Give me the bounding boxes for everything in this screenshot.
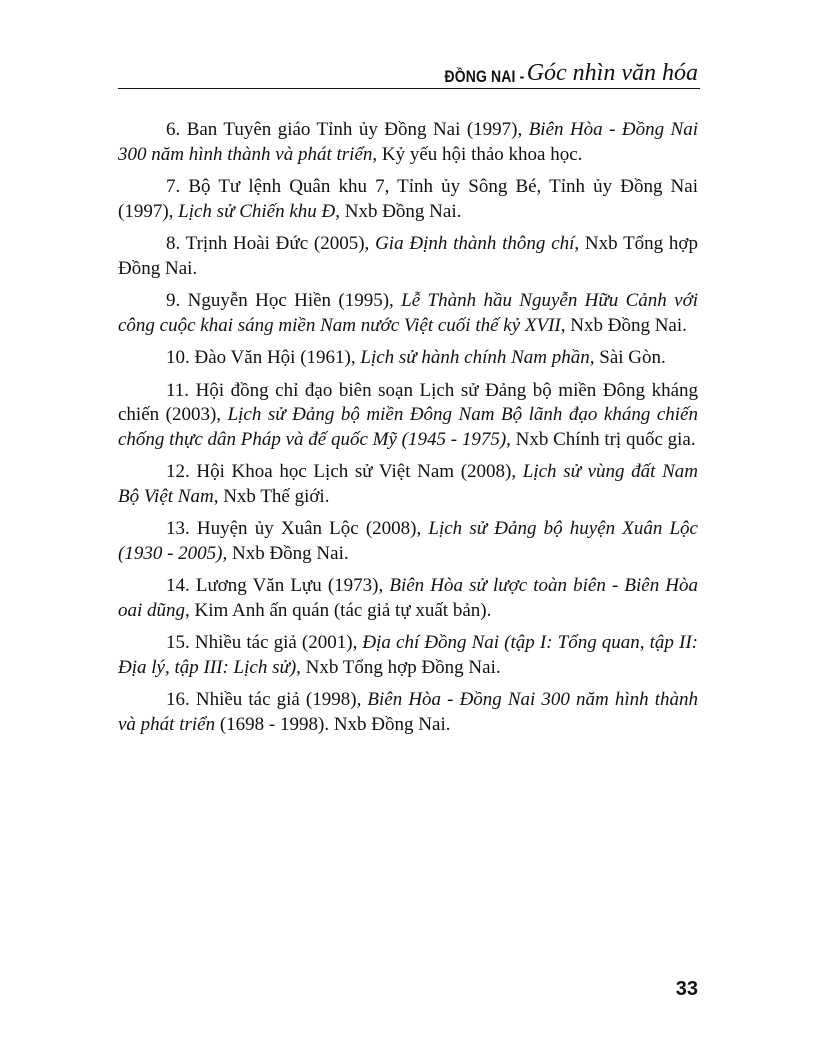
- header-title-script: Góc nhìn văn hóa: [527, 60, 698, 86]
- reference-item: 10. Đào Văn Hội (1961), Lịch sử hành chí…: [118, 346, 698, 371]
- reference-item: 8. Trịnh Hoài Đức (2005), Gia Định thành…: [118, 232, 698, 281]
- reference-list: 6. Ban Tuyên giáo Tỉnh ủy Đồng Nai (1997…: [118, 118, 698, 745]
- header-title: ĐỒNG NAI -Góc nhìn văn hóa: [427, 60, 698, 87]
- stray-dot-mark: ·: [141, 664, 146, 680]
- reference-item: 15. Nhiều tác giả (2001), Địa chí Đồng N…: [118, 631, 698, 680]
- header-title-bold: ĐỒNG NAI -: [445, 67, 525, 87]
- reference-item: 6. Ban Tuyên giáo Tỉnh ủy Đồng Nai (1997…: [118, 118, 698, 167]
- page-number: 33: [676, 978, 698, 1001]
- running-header: ĐỒNG NAI -Góc nhìn văn hóa: [118, 58, 700, 89]
- reference-item: 7. Bộ Tư lệnh Quân khu 7, Tỉnh ủy Sông B…: [118, 175, 698, 224]
- reference-item: 14. Lương Văn Lựu (1973), Biên Hòa sử lư…: [118, 574, 698, 623]
- reference-item: 12. Hội Khoa học Lịch sử Việt Nam (2008)…: [118, 460, 698, 509]
- reference-item: 11. Hội đồng chỉ đạo biên soạn Lịch sử Đ…: [118, 379, 698, 453]
- reference-item: 13. Huyện ủy Xuân Lộc (2008), Lịch sử Đả…: [118, 517, 698, 566]
- reference-item: 9. Nguyễn Học Hiền (1995), Lễ Thành hầu …: [118, 289, 698, 338]
- reference-item: 16. Nhiều tác giả (1998), Biên Hòa - Đồn…: [118, 688, 698, 737]
